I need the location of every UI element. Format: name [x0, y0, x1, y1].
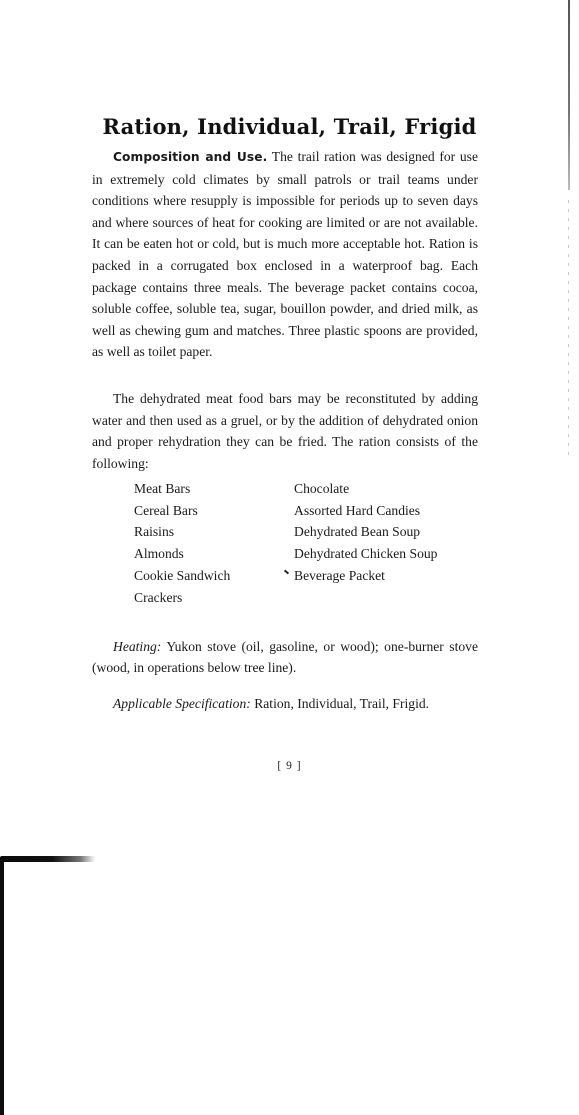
list-item: Dehydrated Bean Soup	[294, 521, 437, 543]
list-item: Cookie Sandwich	[134, 565, 230, 587]
list-item: Cereal Bars	[134, 500, 230, 522]
components-left-column: Meat Bars Cereal Bars Raisins Almonds Co…	[134, 478, 230, 608]
specification-label: Applicable Specification:	[113, 696, 251, 711]
list-item: Raisins	[134, 521, 230, 543]
list-item: Almonds	[134, 543, 230, 565]
list-item: Beverage Packet	[294, 565, 437, 587]
list-item: Chocolate	[294, 478, 437, 500]
list-item: Crackers	[134, 587, 230, 609]
list-item: Dehydrated Chicken Soup	[294, 543, 437, 565]
scan-border-horizontal	[0, 856, 95, 862]
reconstitution-paragraph: The dehydrated meat food bars may be rec…	[92, 388, 478, 474]
scan-edge-line	[568, 0, 570, 190]
run-in-heading: Composition and Use.	[113, 150, 267, 164]
document-page: Ration, Individual, Trail, Frigid Compos…	[0, 0, 579, 1115]
heating-paragraph: Heating: Yukon stove (oil, gasoline, or …	[92, 636, 478, 679]
list-item: Meat Bars	[134, 478, 230, 500]
scan-border-vertical	[0, 858, 4, 1115]
page-title: Ration, Individual, Trail, Frigid	[0, 114, 579, 139]
composition-paragraph: Composition and Use. The trail ration wa…	[92, 146, 478, 363]
specification-paragraph: Applicable Specification: Ration, Indivi…	[92, 693, 478, 715]
components-right-column: Chocolate Assorted Hard Candies Dehydrat…	[294, 478, 437, 587]
specification-text: Ration, Individual, Trail, Frigid.	[254, 696, 429, 711]
scan-speck-mark	[284, 570, 289, 575]
page-number: [ 9 ]	[0, 760, 579, 772]
list-item: Assorted Hard Candies	[294, 500, 437, 522]
scan-edge-noise	[568, 200, 569, 460]
heating-label: Heating:	[113, 639, 161, 654]
composition-text: The trail ration was designed for use in…	[92, 149, 478, 359]
